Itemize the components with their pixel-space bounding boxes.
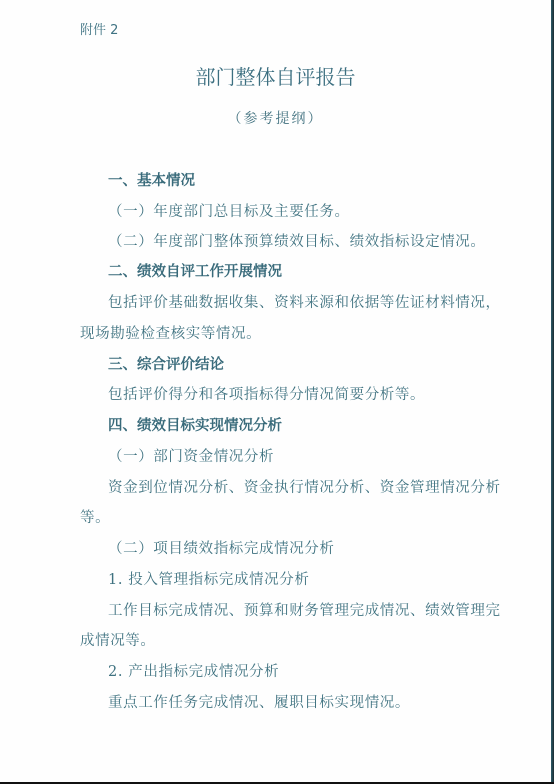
document-title: 部门整体自评报告: [0, 61, 551, 90]
body-paragraph: 包括评价基础数据收集、资料来源和依据等佐证材料情况，: [80, 294, 508, 312]
subsection-project-indicators: （二）项目绩效指标完成情况分析: [80, 540, 508, 558]
numbered-item-output-indicators: 2. 产出指标完成情况分析: [80, 663, 508, 681]
document-page: 附件 2 部门整体自评报告 （参考提纲） 一、基本情况 （一）年度部门总目标及主…: [0, 0, 551, 782]
numbered-item-input-management: 1. 投入管理指标完成情况分析: [80, 571, 508, 589]
body-paragraph: 工作目标完成情况、预算和财务管理完成情况、绩效管理完: [80, 602, 508, 620]
subsection-fund-analysis: （一）部门资金情况分析: [80, 448, 508, 466]
section-heading-conclusion: 三、综合评价结论: [80, 356, 508, 374]
body-paragraph-continued: 等。: [80, 509, 480, 527]
body-paragraph: 资金到位情况分析、资金执行情况分析、资金管理情况分析: [80, 479, 508, 497]
body-paragraph: 包括评价得分和各项指标得分情况简要分析等。: [80, 386, 508, 404]
subsection-annual-goals: （一）年度部门总目标及主要任务。: [80, 203, 508, 221]
body-paragraph-continued: 成情况等。: [80, 632, 480, 650]
section-heading-self-evaluation: 二、绩效自评工作开展情况: [80, 263, 508, 281]
section-heading-basic-info: 一、基本情况: [80, 172, 508, 190]
section-heading-goal-analysis: 四、绩效目标实现情况分析: [80, 417, 508, 435]
subsection-budget-targets: （二）年度部门整体预算绩效目标、绩效指标设定情况。: [80, 233, 508, 251]
body-paragraph-continued: 现场勘验检查核实等情况。: [80, 325, 480, 343]
document-subtitle: （参考提纲）: [0, 108, 551, 128]
body-paragraph: 重点工作任务完成情况、履职目标实现情况。: [80, 694, 508, 712]
attachment-label: 附件 2: [80, 19, 118, 38]
